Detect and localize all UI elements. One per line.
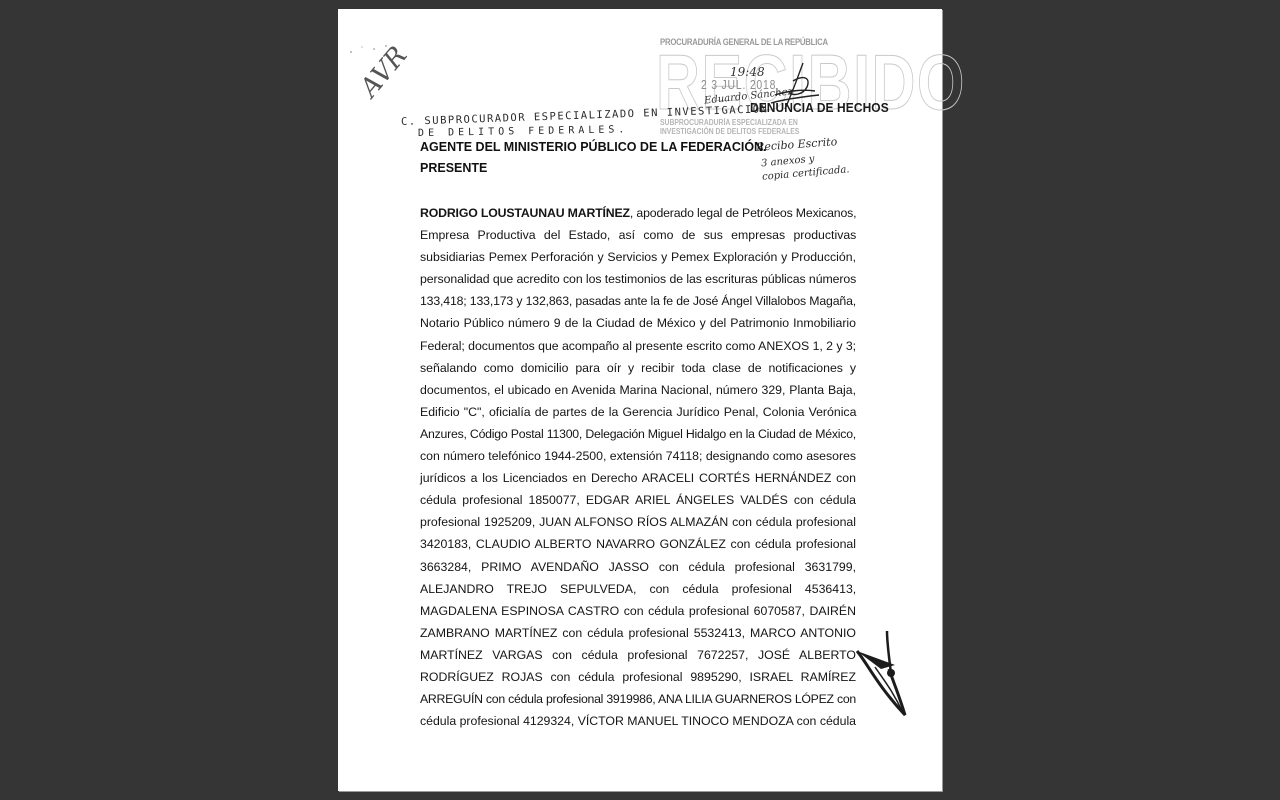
body-line: cédula profesional 4129324, VÍCTOR MANUE… [420, 710, 856, 732]
body-line: ARREGUÍN con cédula profesional 3919986,… [420, 688, 856, 710]
stamp-footer: SUBPROCURADURÍA ESPECIALIZADA EN INVESTI… [660, 118, 799, 136]
body-line: Empresa Productiva del Estado, así como … [420, 224, 856, 246]
body-line: señalando como domicilio para oír y reci… [420, 357, 856, 379]
body-line: Edificio "C", oficialía de partes de la … [420, 401, 856, 423]
body-line: RODRÍGUEZ ROJAS con cédula profesional 9… [420, 666, 856, 688]
stamp-footer-line1: SUBPROCURADURÍA ESPECIALIZADA EN [660, 118, 799, 127]
margin-signature-icon [853, 629, 913, 719]
body-line: con número telefónico 1944-2500, extensi… [420, 445, 856, 467]
stamp-footer-line2: INVESTIGACIÓN DE DELITOS FEDERALES [660, 127, 799, 136]
document-title: DENUNCIA DE HECHOS [750, 100, 889, 115]
body-line: 133,418; 133,173 y 132,863, pasadas ante… [420, 290, 856, 312]
document-page: AVR PROCURADURÍA GENERAL DE LA REPÚBLICA… [338, 9, 942, 791]
addressee-heading: AGENTE DEL MINISTERIO PÚBLICO DE LA FEDE… [420, 140, 767, 154]
body-line: jurídicos a los Licenciados en Derecho A… [420, 467, 856, 489]
body-line: ZAMBRANO MARTÍNEZ con cédula profesional… [420, 622, 856, 644]
body-line: cédula profesional 1850077, EDGAR ARIEL … [420, 489, 856, 511]
body-lead-name: RODRIGO LOUSTAUNAU MARTÍNEZ [420, 206, 630, 220]
body-line: 3420183, CLAUDIO ALBERTO NAVARRO GONZÁLE… [420, 533, 856, 555]
body-line: MARTÍNEZ VARGAS con cédula profesional 7… [420, 644, 856, 666]
body-line: personalidad que acredito con los testim… [420, 268, 856, 290]
handwritten-addressee-line2: DE DELITOS FEDERALES. [418, 124, 629, 139]
body-line: 3663284, PRIMO AVENDAÑO JASSO con cédula… [420, 556, 856, 578]
body-line: RODRIGO LOUSTAUNAU MARTÍNEZ, apoderado l… [420, 202, 856, 224]
body-line: profesional 1925209, JUAN ALFONSO RÍOS A… [420, 511, 856, 533]
body-line: Federal; documentos que acompaño al pres… [420, 335, 856, 357]
body-line: ALEJANDRO TREJO SEPULVEDA, con cédula pr… [420, 578, 856, 600]
body-line: MAGDALENA ESPINOSA CASTRO con cédula pro… [420, 600, 856, 622]
body-line: subsidiarias Pemex Perforación y Servici… [420, 246, 856, 268]
body-line: Anzures, Código Postal 11300, Delegación… [420, 423, 856, 445]
body-line: Notario Público número 9 de la Ciudad de… [420, 312, 856, 334]
body-line: documentos, el ubicado en Avenida Marina… [420, 379, 856, 401]
presente-heading: PRESENTE [420, 161, 487, 175]
handwritten-note-line1: Recibo Escrito [756, 135, 838, 154]
body-paragraph: RODRIGO LOUSTAUNAU MARTÍNEZ, apoderado l… [420, 202, 856, 732]
